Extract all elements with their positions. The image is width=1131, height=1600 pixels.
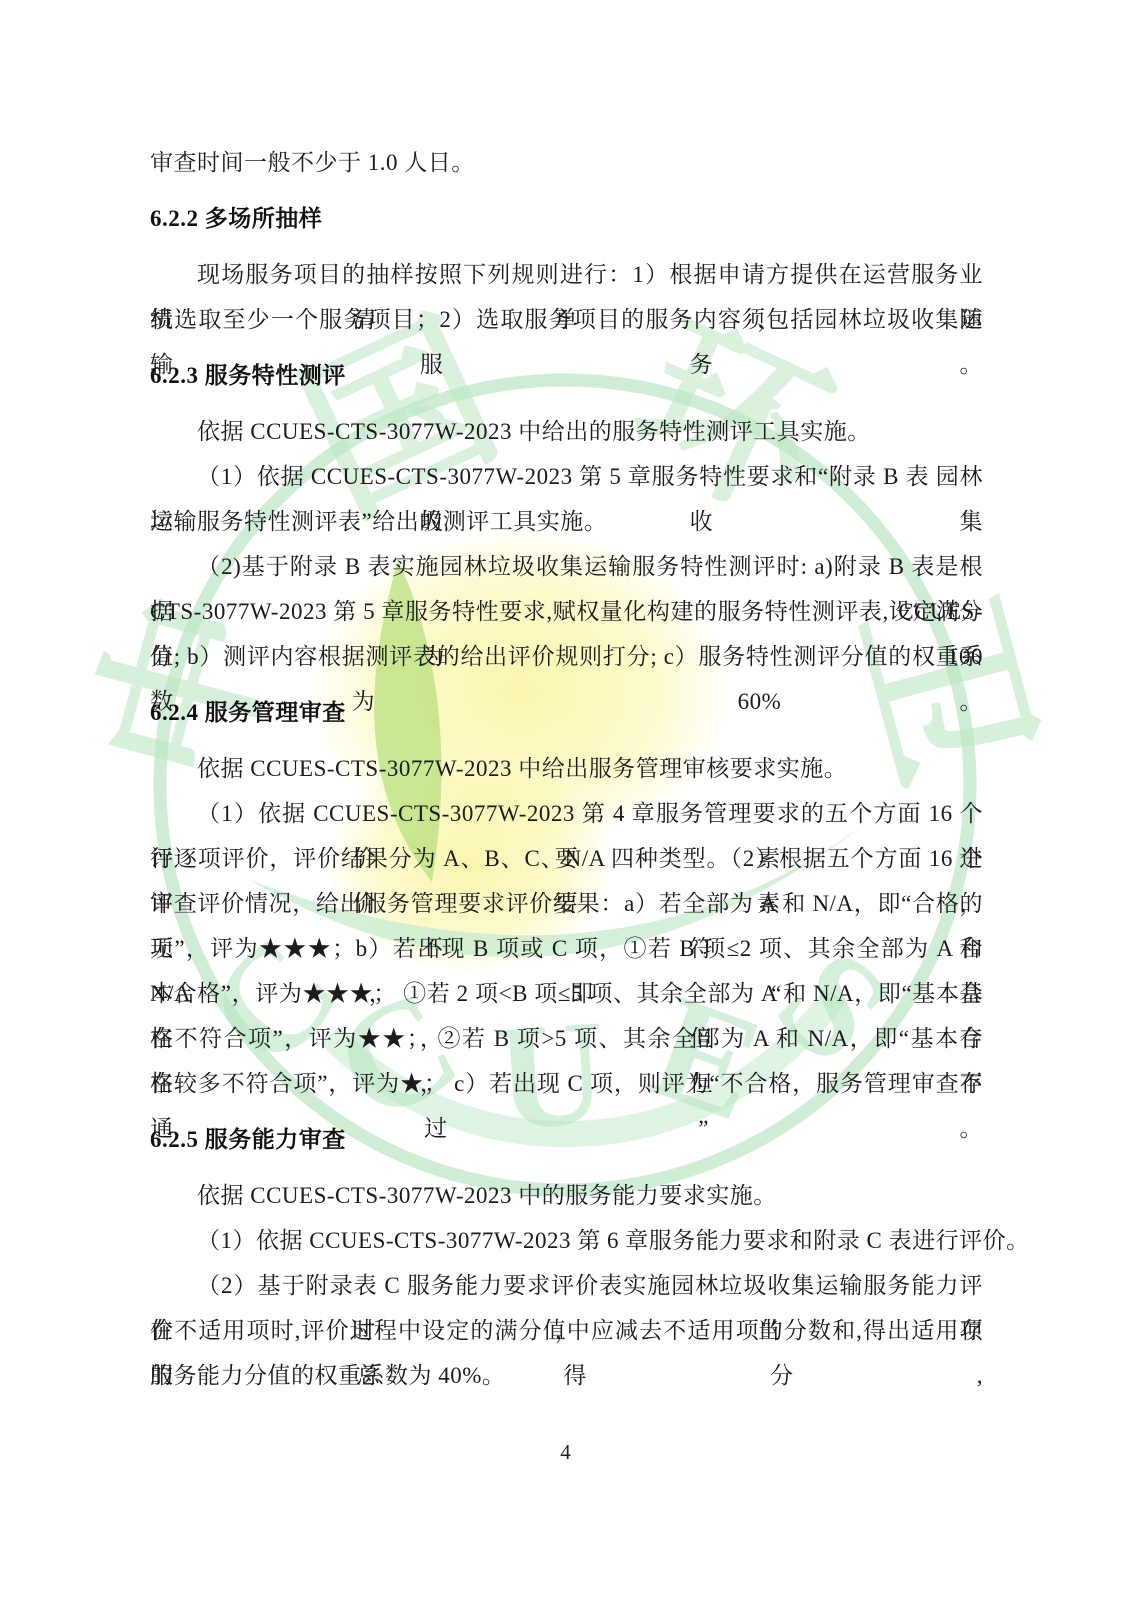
document-page: 中 国 环 卫 C C U E S 审查时间一般不少于 1.0 人日。 6.2.… [0, 0, 1131, 1600]
page-content: 审查时间一般不少于 1.0 人日。 6.2.2 多场所抽样 现场服务项目的抽样按… [150, 140, 983, 1398]
body-line: （1）依据 CCUES-CTS-3077W-2023 第 5 章服务特性要求和“… [150, 454, 983, 499]
body-line: 依据 CCUES-CTS-3077W-2023 中给出服务管理审核要求实施。 [150, 746, 983, 791]
body-line: （2)基于附录 B 表实施园林垃圾收集运输服务特性测评时: a)附录 B 表是根… [150, 544, 983, 589]
body-line: 本合格”，评为★★★； ①若 2 项<B 项≤5 项、其余全部为 A 和 N/A… [150, 971, 983, 1016]
body-line: 审查评价情况，给出服务管理要求评价结果：a）若全部为 A 和 N/A，即“合格，… [150, 881, 983, 926]
body-line: （2）基于附录表 C 服务能力要求评价表实施园林垃圾收集运输服务能力评价时，当存 [150, 1263, 983, 1308]
section-heading-6-2-2: 6.2.2 多场所抽样 [150, 196, 983, 241]
body-line: 机选取至少一个服务项目；2）选取服务项目的服务内容须包括园林垃圾收集运输服务。 [150, 297, 983, 342]
body-line: 依据 CCUES-CTS-3077W-2023 中的服务能力要求实施。 [150, 1173, 983, 1218]
body-line: 在较多不符合项”，评为★； c）若出现 C 项，则评为“不合格，服务管理审查不通… [150, 1061, 983, 1106]
body-line: 依据 CCUES-CTS-3077W-2023 中给出的服务特性测评工具实施。 [150, 409, 983, 454]
body-line: 现场服务项目的抽样按照下列规则进行：1）根据申请方提供在运营服务业绩清单，随 [150, 252, 983, 297]
body-line: 审查时间一般不少于 1.0 人日。 [150, 140, 983, 185]
body-line: 在不适用项时,评价过程中设定的满分值中应减去不适用项的分数和,得出适用项的总得分… [150, 1308, 983, 1353]
body-line: 在不符合项”，评为★★； ②若 B 项>5 项、其余全部为 A 和 N/A，即“… [150, 1016, 983, 1061]
body-line: CTS-3077W-2023 第 5 章服务特性要求,赋权量化构建的服务特性测评… [150, 589, 983, 634]
body-line: （1）依据 CCUES-CTS-3077W-2023 第 6 章服务能力要求和附… [150, 1218, 983, 1263]
body-line: 项”，评为★★★；b）若出现 B 项或 C 项，①若 B 项≤2 项、其余全部为… [150, 926, 983, 971]
body-line: 行逐项评价，评价结果分为 A、B、C、N/A 四种类型。（2）根据五个方面 16… [150, 836, 983, 881]
body-line: 分; b）测评内容根据测评表的给出评价规则打分; c）服务特性测评分值的权重系数… [150, 634, 983, 679]
body-line: （1）依据 CCUES-CTS-3077W-2023 第 4 章服务管理要求的五… [150, 791, 983, 836]
page-number: 4 [0, 1440, 1131, 1465]
